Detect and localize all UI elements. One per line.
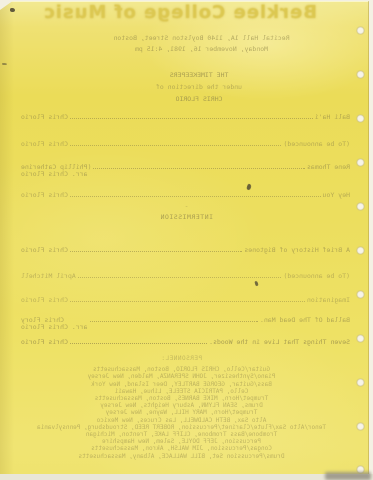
piece-title: Bali Ha'i (315, 114, 350, 121)
personnel-line: Tenor/Alto Sax/Flute/Clarinet/Percussion… (0, 424, 363, 431)
punch-hole (357, 27, 364, 34)
bleed-through-content: Berklee College of Music Recital Hall 1A… (0, 0, 373, 480)
personnel-heading: PERSONNEL: (0, 355, 363, 362)
program-line: (To be announced) April Mitchell (21, 273, 350, 280)
direction-line: under the direction of (0, 84, 373, 91)
punch-hole (357, 291, 364, 298)
dotted-leader (93, 164, 305, 169)
piece-attribution: April Mitchell (21, 273, 76, 280)
personnel-line: Cello, PATRICIA STEELE, Lihue, Hawaii (0, 388, 363, 395)
personnel-line: Trumpet/Horn, MARY HILL, Wayne, New Jers… (0, 409, 363, 416)
date-time-line: Monday, November 16, 1981, 4:15 pm (0, 46, 373, 53)
dotted-leader (70, 247, 242, 252)
piece-title: Ballad Of The Dead Man. (260, 317, 350, 324)
scan-edge-bottom (0, 474, 373, 480)
attribution-line: Chris Florio (21, 141, 68, 148)
attribution-line: Chris Florio (21, 247, 68, 254)
punch-hole (357, 423, 364, 430)
piece-attribution: Chris Florio (21, 297, 68, 304)
dotted-leader (78, 273, 282, 278)
attribution-line: Chris Florio (21, 192, 68, 199)
piece-title: Imagination (307, 297, 350, 304)
intermission-heading: INTERMISSION (0, 214, 373, 221)
attribution-line: April Mitchell (21, 273, 76, 280)
program-line: Imagination Chris Florio (21, 297, 350, 304)
attribution-line: Chris Florio (21, 339, 68, 346)
piece-attribution: (Phillip Catherinearr. Chris Florio (21, 164, 91, 178)
scan-edge-right (369, 0, 373, 480)
program-line: Seven Things That Live in the Woods. Chr… (21, 339, 350, 346)
punch-hole (357, 379, 364, 386)
personnel-line: Piano/Synthesizer, JOHN SPERANZA, Malden… (0, 373, 363, 380)
ink-fleck (2, 63, 7, 65)
dotted-leader (70, 114, 313, 119)
scan-smudge (325, 472, 371, 480)
personnel-line: Trumpet/Horn, MIKE BARNES, Boston, Massa… (0, 395, 363, 402)
piece-title: Rene Thomas (307, 164, 350, 171)
attribution-line: arr. Chris Florio (21, 171, 91, 178)
program-line: (To be announced) Chris Florio (21, 141, 350, 148)
personnel-line: Bass/Guitar, GEORGE BARTLEY, Deer Island… (0, 381, 363, 388)
program-line: Bali Ha'i Chris Florio (21, 114, 350, 121)
dotted-leader (70, 297, 305, 302)
personnel-line: Guitar/Cello, CHRIS FLORIO, Boston, Mass… (0, 366, 363, 373)
piece-title: (To be announced) (283, 273, 350, 280)
piece-title: A Brief History of Bigtones (244, 247, 350, 254)
dotted-leader (70, 141, 282, 146)
program-line: Hey You Chris Florio (21, 192, 350, 199)
piece-attribution: Chris Florio (21, 141, 68, 148)
piece-title: Hey You (323, 192, 350, 199)
page-marker: - (0, 203, 373, 210)
piece-attribution: Chris Florio (21, 247, 68, 254)
personnel-line: Drums, SEAN FLYNN, Asbury Heights, New J… (0, 402, 363, 409)
punch-hole (357, 71, 364, 78)
punch-hole (357, 115, 364, 122)
program-line: Ballad Of The Dead Man. Chris Floryarr. … (21, 317, 350, 331)
scanned-program-page: Berklee College of Music Recital Hall 1A… (0, 0, 373, 480)
attribution-line: Chris Florio (21, 297, 68, 304)
personnel-line: Drums/Percussion Set, BILL WALLACE, Alba… (0, 453, 363, 460)
punch-hole (357, 335, 364, 342)
venue-line: Recital Hall 1A, 1140 Boylston Street, B… (0, 35, 373, 42)
program-line: Rene Thomas (Phillip Catherinearr. Chris… (21, 164, 350, 178)
piece-title: Seven Things That Live in the Woods. (209, 339, 350, 346)
ink-fleck (10, 8, 15, 12)
personnel-section: PERSONNEL: Guitar/Cello, CHRIS FLORIO, B… (0, 355, 363, 460)
page-title: Berklee College of Music (0, 2, 360, 23)
piece-attribution: Chris Floryarr. Chris Florio (21, 317, 88, 331)
personnel-list: Guitar/Cello, CHRIS FLORIO, Boston, Mass… (0, 366, 363, 460)
program-line: A Brief History of Bigtones Chris Florio (21, 247, 350, 254)
piece-attribution: Chris Florio (21, 114, 68, 121)
personnel-line: Congas/Percussion, JIM WALSH, Akron, Mas… (0, 445, 363, 452)
dotted-leader (70, 192, 321, 197)
punch-hole (357, 159, 364, 166)
punch-hole (357, 203, 364, 210)
director-name: CHRIS FLORIO (0, 96, 373, 103)
personnel-line: Trombone/Bass Trombone, CLIFF LAKE, Tren… (0, 431, 363, 438)
dotted-leader (70, 339, 207, 344)
ensemble-name: THE TIMEKEEPERS (0, 72, 373, 79)
personnel-line: Alto Sax, BETH CALDWELL, Las Cruces, New… (0, 417, 363, 424)
dotted-leader (90, 317, 258, 322)
attribution-line: arr. Chris Florio (21, 324, 88, 331)
piece-attribution: Chris Florio (21, 192, 68, 199)
attribution-line: Chris Florio (21, 114, 68, 121)
punch-hole (357, 247, 364, 254)
personnel-line: Percussion, JEFF DOYLE, Salem, New Hamps… (0, 438, 363, 445)
piece-attribution: Chris Florio (21, 339, 68, 346)
piece-title: (To be announced) (283, 141, 350, 148)
